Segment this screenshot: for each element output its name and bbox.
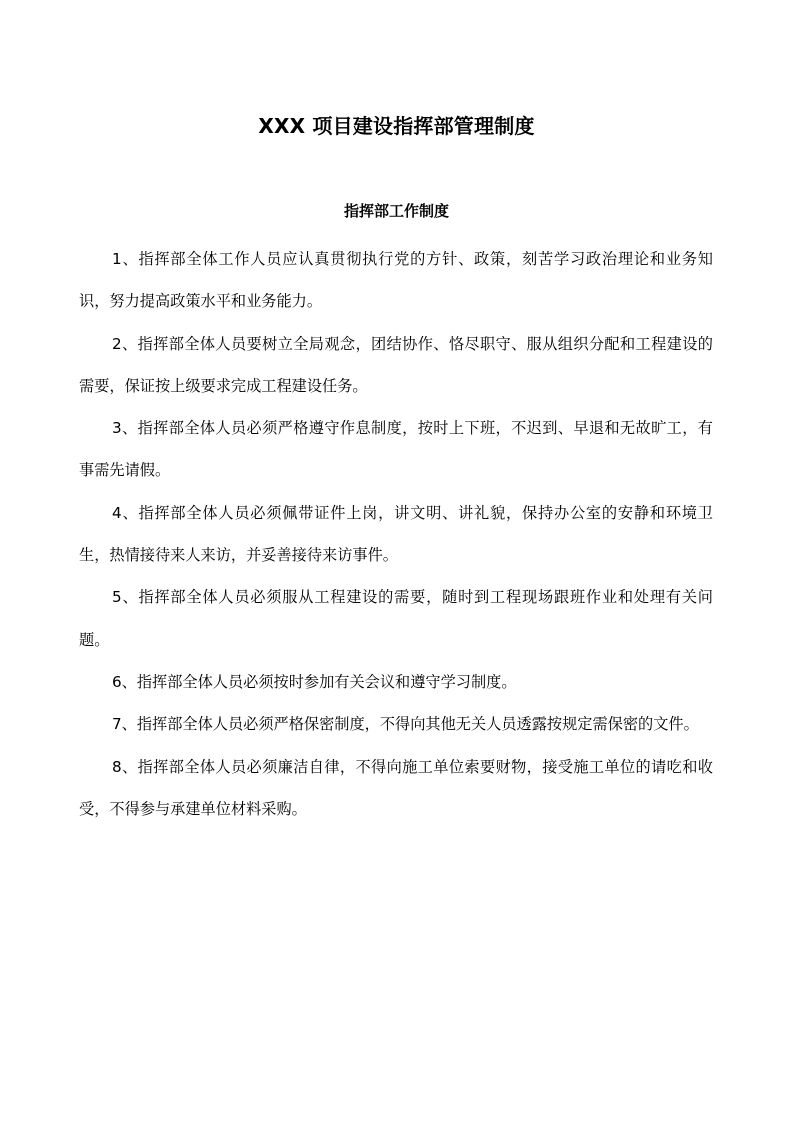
rule-paragraph-4: 4、指挥部全体人员必须佩带证件上岗，讲文明、讲礼貌，保持办公室的安静和环境卫生，…	[79, 492, 713, 577]
rule-paragraph-6: 6、指挥部全体人员必须按时参加有关会议和遵守学习制度。	[79, 661, 713, 703]
rule-paragraph-1: 1、指挥部全体工作人员应认真贯彻执行党的方针、政策，刻苦学习政治理论和业务知识，…	[79, 238, 713, 323]
section-title: 指挥部工作制度	[0, 200, 793, 222]
rule-paragraph-2: 2、指挥部全体人员要树立全局观念，团结协作、恪尽职守、服从组织分配和工程建设的需…	[79, 323, 713, 408]
rule-paragraph-3: 3、指挥部全体人员必须严格遵守作息制度，按时上下班，不迟到、早退和无故旷工，有事…	[79, 407, 713, 492]
document-body: 1、指挥部全体工作人员应认真贯彻执行党的方针、政策，刻苦学习政治理论和业务知识，…	[79, 238, 713, 830]
rule-paragraph-8: 8、指挥部全体人员必须廉洁自律，不得向施工单位索要财物，接受施工单位的请吃和收受…	[79, 746, 713, 831]
rule-paragraph-5: 5、指挥部全体人员必须服从工程建设的需要，随时到工程现场跟班作业和处理有关问题。	[79, 576, 713, 661]
document-title: XXX 项目建设指挥部管理制度	[0, 112, 793, 140]
rule-paragraph-7: 7、指挥部全体人员必须严格保密制度，不得向其他无关人员透露按规定需保密的文件。	[79, 703, 713, 745]
document-page: XXX 项目建设指挥部管理制度 指挥部工作制度 1、指挥部全体工作人员应认真贯彻…	[0, 0, 793, 1122]
